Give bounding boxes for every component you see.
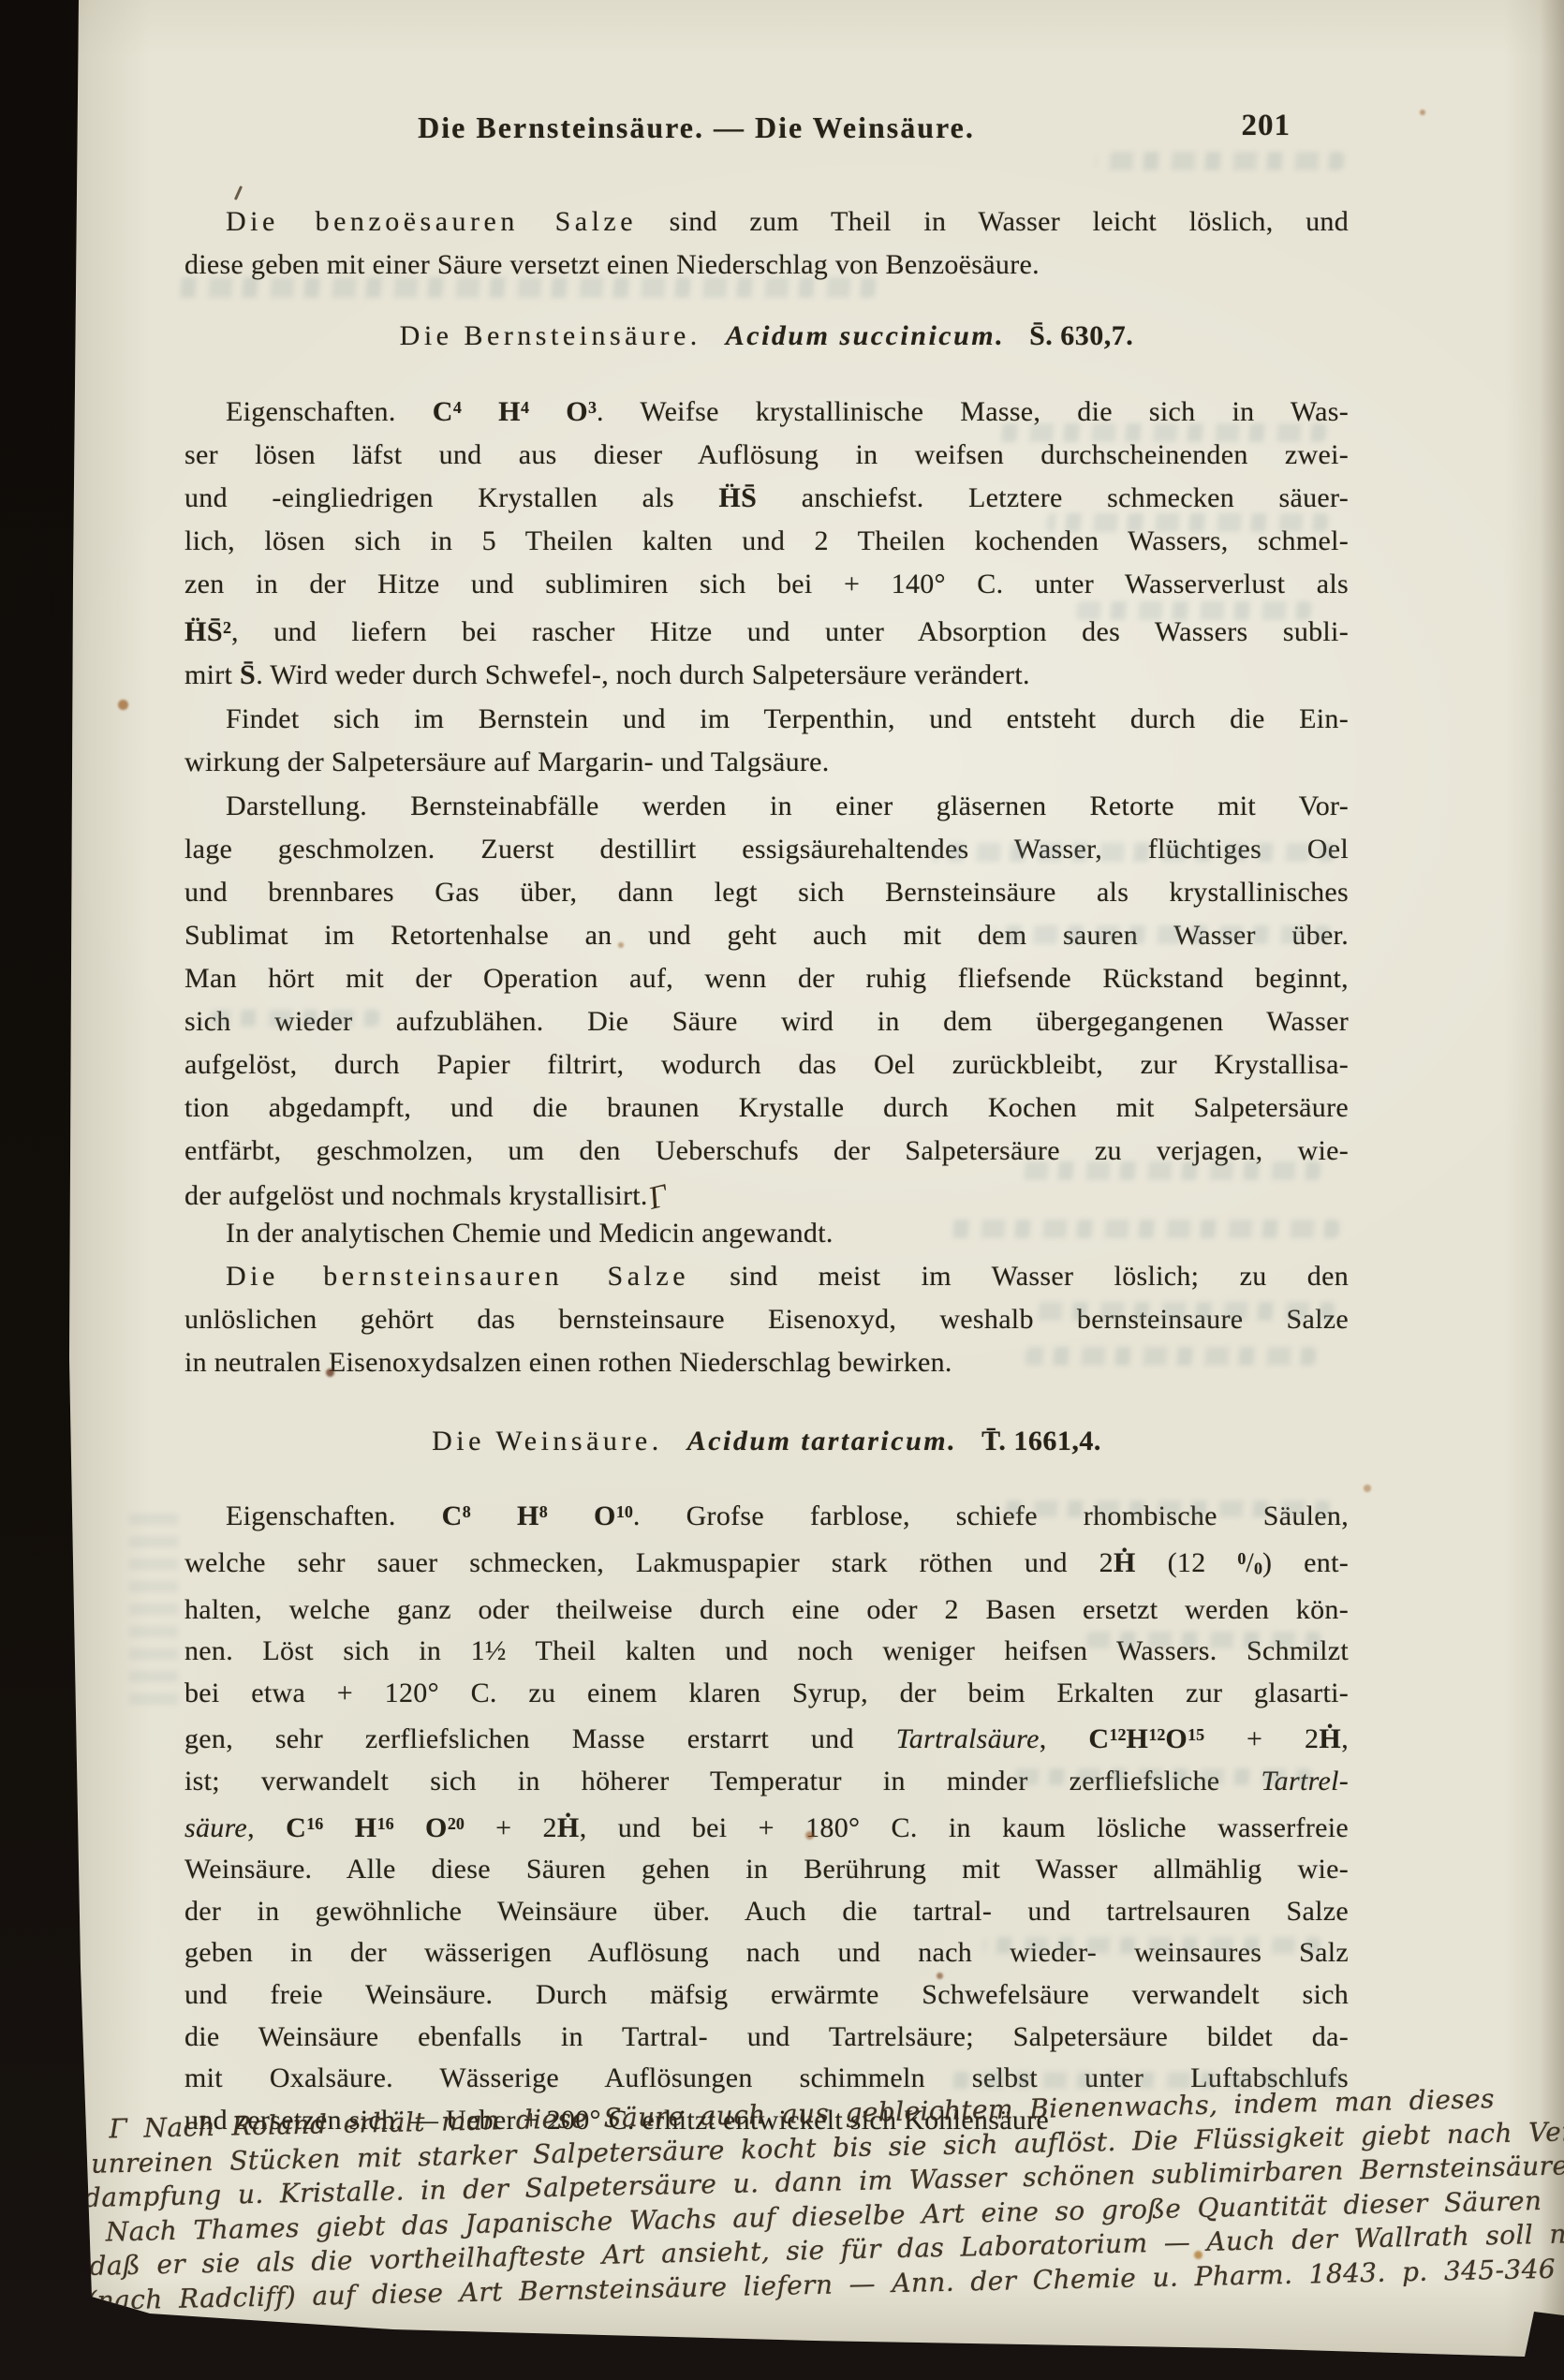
text-line: die Weinsäure ebenfalls in Tartral- und … bbox=[184, 2017, 1349, 2059]
foxing-spot bbox=[326, 1368, 334, 1377]
text-line: tion abgedampft, und die braunen Krystal… bbox=[184, 1087, 1349, 1130]
show-through-text bbox=[982, 1937, 1321, 1954]
heading-bernsteinsaeure: Die Bernsteinsäure.Acidum succinicum.S̄.… bbox=[184, 315, 1349, 358]
benzoate-salts-paragraph: Die benzoësauren Salze sind zum Theil in… bbox=[184, 200, 1349, 287]
foxing-spot bbox=[118, 700, 128, 710]
scanned-book-page: Die Bernsteinsäure. — Die Weinsäure. 201… bbox=[0, 0, 1564, 2380]
text-line: gen, sehr zerfliefslichen Masse erstarrt… bbox=[184, 1714, 1349, 1761]
show-through-text bbox=[1034, 1302, 1335, 1321]
show-through-text bbox=[1085, 1632, 1321, 1648]
text-line: zen in der Hitze und sublimiren sich bei… bbox=[184, 563, 1349, 606]
text-line: der in gewöhnliche Weinsäure über. Auch … bbox=[184, 1891, 1349, 1933]
foxing-spot bbox=[1420, 110, 1425, 115]
tartaric-properties-paragraph: Eigenschaften. C8 H8 O10. Grofse farblos… bbox=[184, 1491, 1349, 2141]
handwritten-annotation: Γ Nach Roland erhält man diese Säure auc… bbox=[82, 2081, 1564, 2318]
text-line: Weinsäure. Alle diese Säuren gehen in Be… bbox=[184, 1849, 1349, 1891]
text-line: halten, welche ganz oder theilweise durc… bbox=[184, 1589, 1349, 1632]
show-through-text bbox=[931, 843, 1335, 862]
text-line: wirkung der Salpetersäure auf Margarin- … bbox=[184, 741, 1349, 784]
text-line: Die Weinsäure.Acidum tartaricum.T̄. 1661… bbox=[184, 1420, 1349, 1463]
text-line: Die bernsteinsauren Salze sind meist im … bbox=[184, 1255, 1349, 1298]
text-line: Darstellung. Bernsteinabfälle werden in … bbox=[184, 785, 1349, 828]
text-line: Die benzoësauren Salze sind zum Theil in… bbox=[184, 200, 1349, 244]
show-through-text bbox=[1046, 513, 1328, 532]
text-line: säure, C16 H16 O20 + 2Ḣ, und bei + 180°… bbox=[184, 1803, 1349, 1850]
text-line: aufgelöst, durch Papier filtrirt, wodurc… bbox=[184, 1043, 1349, 1087]
show-through-text bbox=[210, 1010, 379, 1027]
occurrence-paragraph: Findet sich im Bernstein und im Terpenth… bbox=[184, 698, 1349, 784]
printed-text-column: Die benzoësauren Salze sind zum Theil in… bbox=[184, 0, 1349, 2380]
text-line: bei etwa + 120° C. zu einem klaren Syrup… bbox=[184, 1673, 1349, 1715]
show-through-text bbox=[945, 2072, 1339, 2089]
text-line: Die Bernsteinsäure.Acidum succinicum.S̄.… bbox=[184, 315, 1349, 358]
page-paper: Die Bernsteinsäure. — Die Weinsäure. 201… bbox=[0, 0, 1564, 2380]
show-through-text bbox=[1001, 1768, 1311, 1785]
show-through-text bbox=[992, 1500, 1330, 1517]
foxing-spot bbox=[937, 1973, 943, 1979]
show-through-text bbox=[997, 423, 1326, 442]
show-through-text bbox=[1076, 601, 1311, 620]
show-through-text bbox=[1025, 1347, 1316, 1366]
show-through-text bbox=[992, 925, 1330, 944]
foxing-spot bbox=[805, 1831, 814, 1840]
show-through-text bbox=[945, 1220, 1339, 1238]
heading-weinsaeure: Die Weinsäure.Acidum tartaricum.T̄. 1661… bbox=[184, 1420, 1349, 1463]
show-through-text bbox=[1011, 1161, 1321, 1180]
foxing-spot bbox=[1194, 2251, 1203, 2259]
show-through-text bbox=[172, 277, 877, 298]
text-line: und brennbares Gas über, dann legt sich … bbox=[184, 871, 1349, 914]
text-line: welche sehr sauer schmecken, Lakmuspapie… bbox=[184, 1538, 1349, 1589]
show-through-text bbox=[1095, 152, 1344, 170]
text-line: Findet sich im Bernstein und im Terpenth… bbox=[184, 698, 1349, 741]
page-edge-shadow bbox=[1540, 0, 1564, 2380]
show-through-text bbox=[129, 1508, 178, 1705]
text-line: und freie Weinsäure. Durch mäfsig erwärm… bbox=[184, 1974, 1349, 2017]
text-line: Man hört mit der Operation auf, wenn der… bbox=[184, 957, 1349, 1000]
text-line: mirt S̄. Wird weder durch Schwefel-, noc… bbox=[184, 654, 1349, 697]
foxing-spot bbox=[618, 942, 624, 948]
foxing-spot bbox=[1364, 1485, 1371, 1492]
